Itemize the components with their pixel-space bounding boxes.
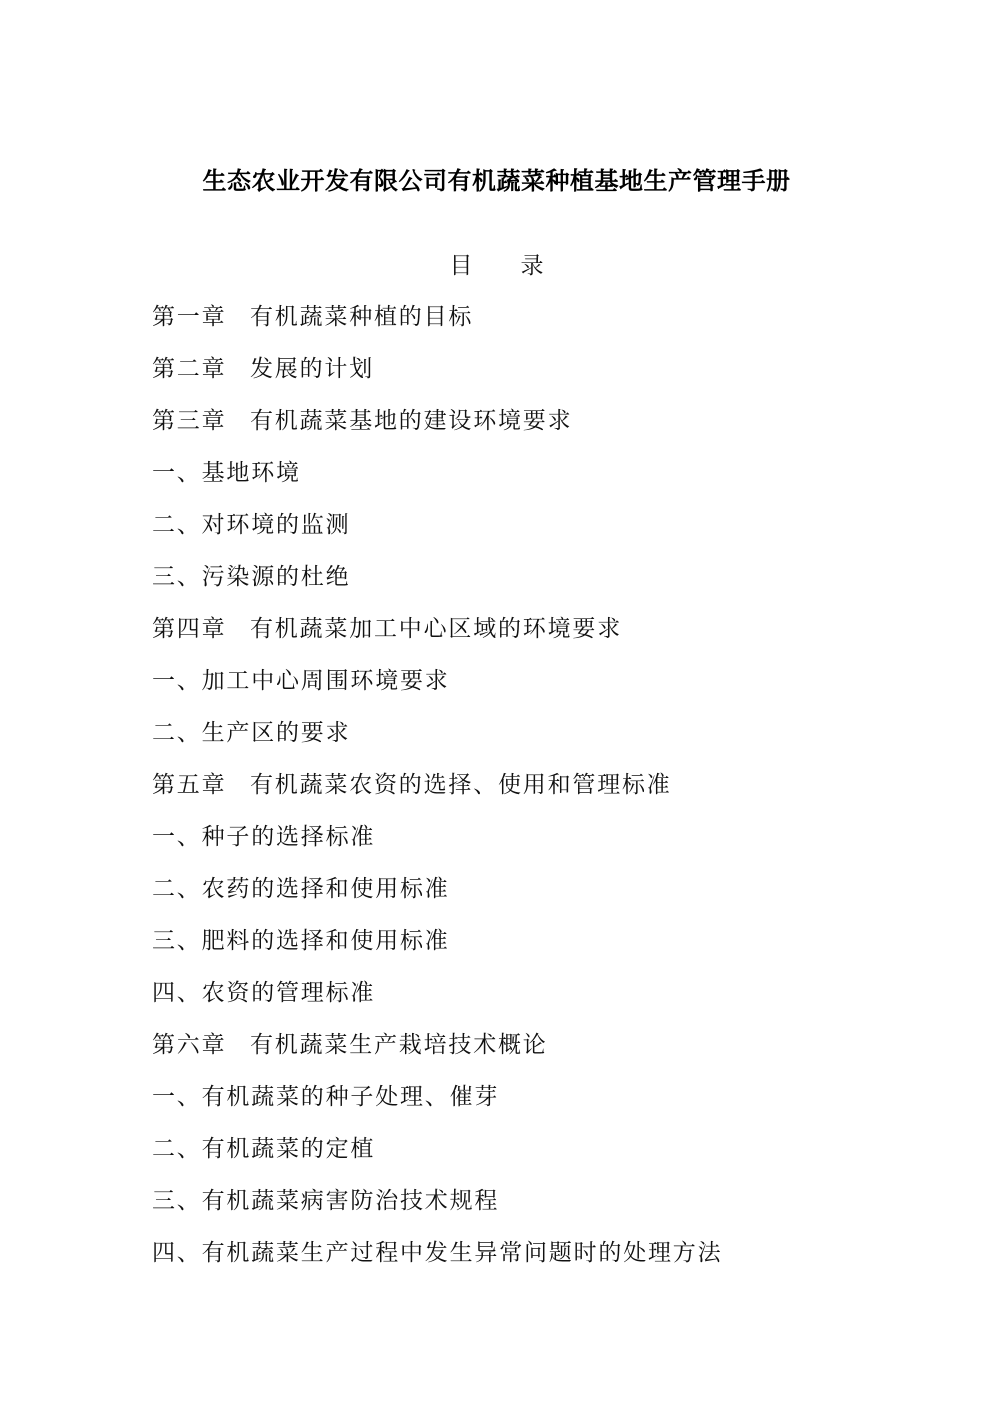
toc-entry[interactable]: 二、农药的选择和使用标准 (152, 872, 722, 924)
toc-entry-text: 肥料的选择和使用标准 (202, 928, 450, 954)
toc-entry-text: 基地环境 (202, 460, 301, 486)
toc-entry[interactable]: 第二章发展的计划 (152, 352, 722, 404)
toc-entry[interactable]: 二、对环境的监测 (152, 508, 722, 560)
toc-entry-number: 第六章 (152, 1028, 250, 1062)
toc-entry-number: 第五章 (152, 768, 250, 802)
toc-entry-text: 农药的选择和使用标准 (202, 876, 450, 902)
toc-heading-char-1: 目 (450, 250, 473, 282)
toc-entry-text: 有机蔬菜的种子处理、催芽 (202, 1084, 500, 1110)
toc-heading-char-2: 录 (521, 250, 544, 282)
toc-entry[interactable]: 三、肥料的选择和使用标准 (152, 924, 722, 976)
toc-entry-number: 二、 (152, 716, 202, 750)
toc-entry-text: 有机蔬菜病害防治技术规程 (202, 1188, 500, 1214)
toc-entry[interactable]: 四、有机蔬菜生产过程中发生异常问题时的处理方法 (152, 1236, 722, 1288)
toc-entry-text: 有机蔬菜的定植 (202, 1136, 376, 1162)
toc-entry-number: 一、 (152, 456, 202, 490)
toc-entry[interactable]: 四、农资的管理标准 (152, 976, 722, 1028)
toc-entry-number: 三、 (152, 924, 202, 958)
toc-entry[interactable]: 第一章有机蔬菜种植的目标 (152, 300, 722, 352)
toc-entry-text: 有机蔬菜加工中心区域的环境要求 (250, 616, 622, 642)
document-title: 生态农业开发有限公司有机蔬菜种植基地生产管理手册 (0, 164, 993, 198)
toc-entry[interactable]: 第五章有机蔬菜农资的选择、使用和管理标准 (152, 768, 722, 820)
toc-entry[interactable]: 二、有机蔬菜的定植 (152, 1132, 722, 1184)
toc-entry-text: 污染源的杜绝 (202, 564, 351, 590)
toc-entry-text: 有机蔬菜生产过程中发生异常问题时的处理方法 (202, 1240, 723, 1266)
toc-entry[interactable]: 第六章有机蔬菜生产栽培技术概论 (152, 1028, 722, 1080)
toc-entry[interactable]: 二、生产区的要求 (152, 716, 722, 768)
toc-entry-number: 三、 (152, 560, 202, 594)
toc-entry-text: 加工中心周围环境要求 (202, 668, 450, 694)
toc-entry-text: 有机蔬菜种植的目标 (250, 304, 473, 330)
toc-entry-number: 二、 (152, 508, 202, 542)
toc-entry-text: 有机蔬菜农资的选择、使用和管理标准 (250, 772, 672, 798)
toc-entry[interactable]: 三、有机蔬菜病害防治技术规程 (152, 1184, 722, 1236)
toc-entry-text: 农资的管理标准 (202, 980, 376, 1006)
toc-entry-number: 第四章 (152, 612, 250, 646)
toc-entry[interactable]: 第四章有机蔬菜加工中心区域的环境要求 (152, 612, 722, 664)
toc-entry[interactable]: 三、污染源的杜绝 (152, 560, 722, 612)
toc-entry[interactable]: 一、加工中心周围环境要求 (152, 664, 722, 716)
toc-entry[interactable]: 一、基地环境 (152, 456, 722, 508)
toc-entry-number: 一、 (152, 820, 202, 854)
toc-entry-number: 四、 (152, 1236, 202, 1270)
toc-heading: 目录 (0, 250, 993, 282)
toc-entry-text: 种子的选择标准 (202, 824, 376, 850)
toc-entry[interactable]: 一、有机蔬菜的种子处理、催芽 (152, 1080, 722, 1132)
toc-entry-text: 对环境的监测 (202, 512, 351, 538)
toc-entry-text: 发展的计划 (250, 356, 374, 382)
toc-entry-number: 第一章 (152, 300, 250, 334)
toc-entry[interactable]: 一、种子的选择标准 (152, 820, 722, 872)
toc-entry-number: 四、 (152, 976, 202, 1010)
toc-entry-number: 二、 (152, 1132, 202, 1166)
table-of-contents: 第一章有机蔬菜种植的目标 第二章发展的计划 第三章有机蔬菜基地的建设环境要求 一… (152, 300, 722, 1288)
toc-entry-number: 第三章 (152, 404, 250, 438)
toc-entry-text: 有机蔬菜生产栽培技术概论 (250, 1032, 548, 1058)
toc-entry-number: 一、 (152, 1080, 202, 1114)
toc-entry-number: 二、 (152, 872, 202, 906)
toc-entry[interactable]: 第三章有机蔬菜基地的建设环境要求 (152, 404, 722, 456)
toc-entry-text: 生产区的要求 (202, 720, 351, 746)
toc-entry-number: 三、 (152, 1184, 202, 1218)
toc-entry-text: 有机蔬菜基地的建设环境要求 (250, 408, 572, 434)
toc-entry-number: 一、 (152, 664, 202, 698)
toc-entry-number: 第二章 (152, 352, 250, 386)
